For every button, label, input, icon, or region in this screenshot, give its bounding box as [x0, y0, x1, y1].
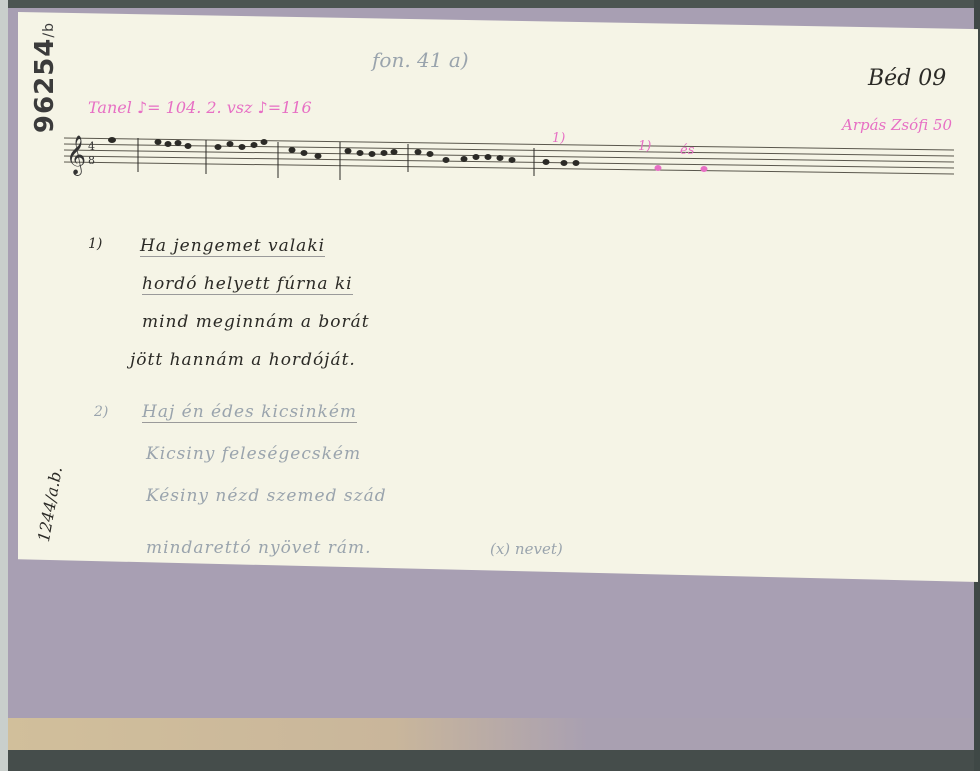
tempo-note: Tanel ♪= 104. 2. vsz ♪=116 — [88, 98, 312, 117]
scanner-edge-bottom — [8, 750, 974, 771]
svg-text:8: 8 — [88, 154, 95, 167]
music-staff: 𝄞 4 8 1) 1) és — [64, 132, 964, 192]
board-tan-strip — [8, 718, 974, 750]
lyric-line: mindarettó nyövet rám. — [146, 538, 372, 558]
lyric-line: mind meginnám a borát — [142, 312, 370, 332]
lyric-line: Kicsiny feleségecském — [146, 444, 361, 464]
lyric-line: Haj én édes kicsinkém — [142, 402, 357, 423]
svg-text:1): 1) — [552, 132, 565, 146]
scanner-edge-top — [0, 0, 980, 8]
lyric-line: hordó helyett fúrna ki — [142, 274, 353, 295]
place-year: Béd 09 — [868, 66, 946, 91]
footnote: (x) nevet) — [490, 540, 563, 558]
pencil-reference: fon. 41 a) — [372, 48, 469, 72]
verse-number: 1) — [88, 236, 102, 252]
lyric-line: jött hannám a hordóját. — [130, 350, 356, 370]
svg-text:és: és — [680, 143, 695, 158]
lyric-line: Késiny nézd szemed szád — [146, 486, 387, 506]
svg-text:4: 4 — [88, 140, 95, 153]
svg-text:𝄞: 𝄞 — [66, 135, 86, 176]
scanner-edge-left — [0, 0, 8, 771]
lyric-line: Ha jengemet valaki — [140, 236, 325, 257]
verse-number: 2) — [94, 404, 108, 420]
svg-text:1): 1) — [638, 139, 651, 154]
catalog-stamp: 96254/b — [30, 22, 60, 133]
